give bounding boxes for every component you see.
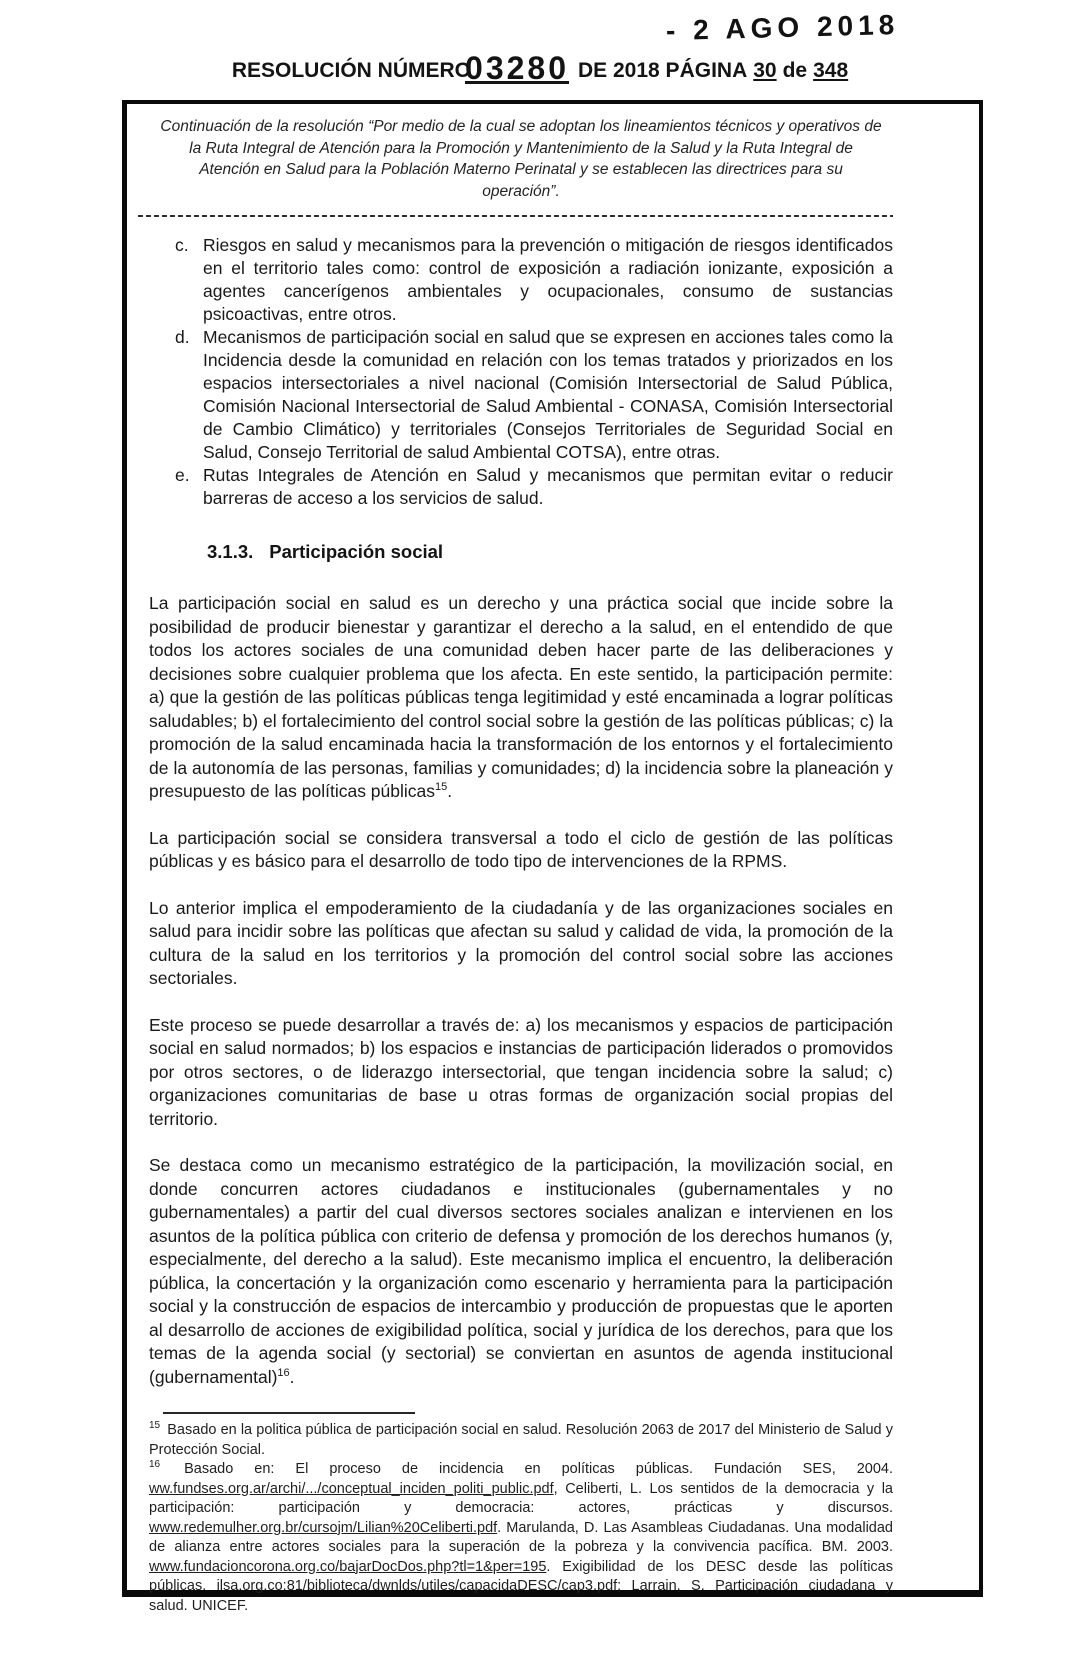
- section-number: 3.1.3.: [207, 541, 253, 562]
- paragraph: Este proceso se puede desarrollar a trav…: [149, 1014, 893, 1132]
- paragraph: Se destaca como un mecanismo estratégico…: [149, 1154, 893, 1389]
- body-paragraphs: La participación social en salud es un d…: [149, 592, 893, 1412]
- date-stamp: - 2 AGO 2018: [666, 9, 900, 47]
- document-page: - 2 AGO 2018 RESOLUCIÓN NÚMERO03280DE 20…: [0, 0, 1080, 1659]
- list-item-marker: d.: [175, 326, 190, 349]
- list-item: c.Riesgos en salud y mecanismos para la …: [149, 234, 893, 326]
- paragraph: La participación social se considera tra…: [149, 827, 893, 874]
- header-of-label: de: [783, 59, 808, 82]
- paragraph: La participación social en salud es un d…: [149, 592, 893, 804]
- footnote-ref: 15: [435, 781, 447, 793]
- continuation-notice: Continuación de la resolución “Por medio…: [149, 116, 893, 202]
- list-item-text: Riesgos en salud y mecanismos para la pr…: [203, 235, 893, 324]
- section-heading: 3.1.3.Participación social: [207, 541, 893, 563]
- page-current: 30: [753, 59, 776, 82]
- footnote-separator: [163, 1412, 415, 1414]
- page-header: RESOLUCIÓN NÚMERO03280DE 2018 PÁGINA30de…: [0, 50, 1080, 87]
- list-item-marker: c.: [175, 234, 189, 257]
- footnote: 16 Basado en: El proceso de incidencia e…: [149, 1460, 893, 1616]
- footnote-ref: 16: [277, 1367, 289, 1379]
- list-item: d.Mecanismos de participación social en …: [149, 326, 893, 464]
- header-prefix: RESOLUCIÓN NÚMERO: [232, 59, 471, 82]
- header-middle: DE 2018 PÁGINA: [578, 59, 747, 82]
- footnote-url: www.fundacioncorona.org.co/bajarDocDos.p…: [149, 1559, 546, 1575]
- lettered-list: c.Riesgos en salud y mecanismos para la …: [149, 234, 893, 510]
- footnotes-block: 15 Basado en la politica pública de part…: [149, 1421, 893, 1616]
- footnote-url: ww.fundses.org.ar/archi/.../conceptual_i…: [149, 1481, 554, 1497]
- page-total: 348: [813, 59, 848, 82]
- document-border-box: Continuación de la resolución “Por medio…: [122, 100, 983, 1597]
- footnote-number: 16: [149, 1459, 160, 1470]
- dashed-separator: [138, 215, 893, 217]
- list-item: e.Rutas Integrales de Atención en Salud …: [149, 464, 893, 510]
- list-item-text: Rutas Integrales de Atención en Salud y …: [203, 465, 893, 508]
- paragraph: Lo anterior implica el empoderamiento de…: [149, 897, 893, 991]
- list-item-marker: e.: [175, 464, 190, 487]
- section-title: Participación social: [269, 541, 443, 562]
- resolution-number-stamp: 03280: [465, 50, 569, 86]
- footnote: 15 Basado en la politica pública de part…: [149, 1421, 893, 1460]
- footnote-number: 15: [149, 1420, 160, 1431]
- list-item-text: Mecanismos de participación social en sa…: [203, 327, 893, 462]
- footnote-url: www.redemulher.org.br/cursojm/Lilian%20C…: [149, 1520, 497, 1536]
